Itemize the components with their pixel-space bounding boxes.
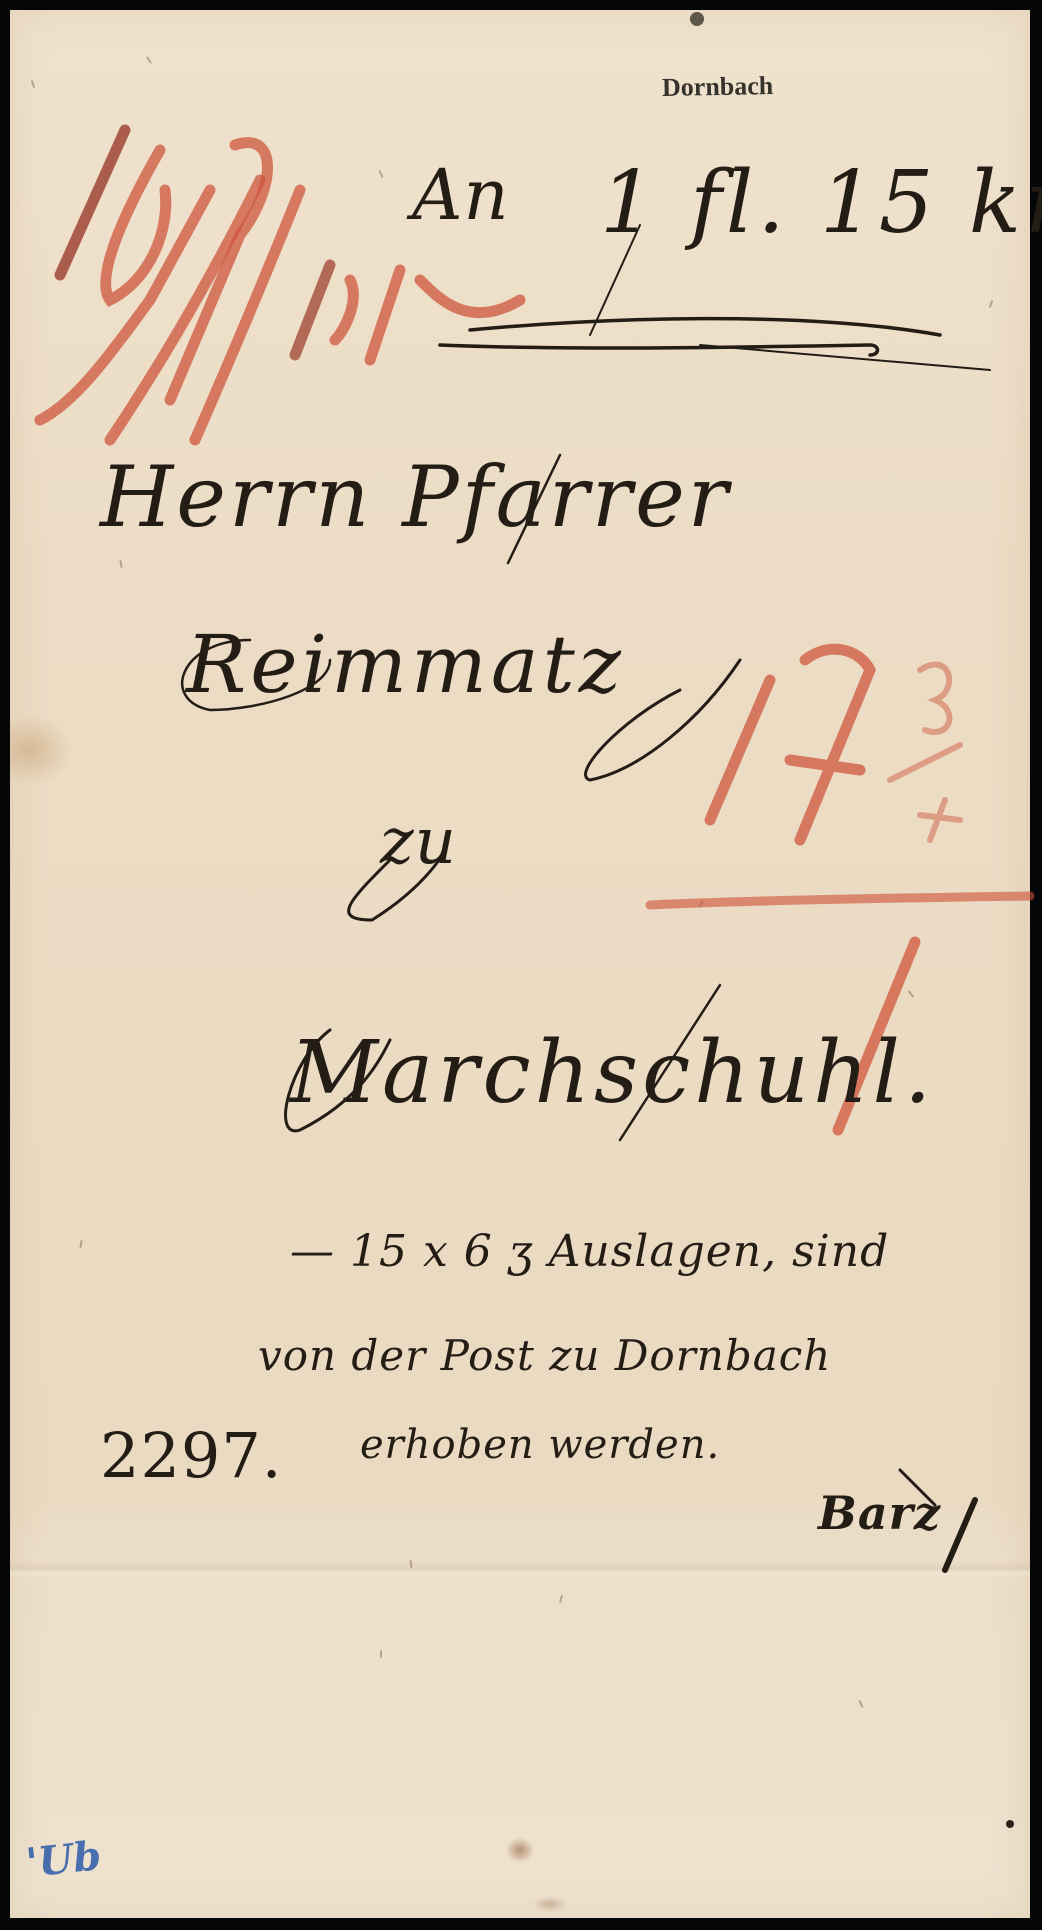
postmark-dornbach: Dornbach (662, 71, 774, 103)
note-line-1: — 15 x 6 ʒ Auslagen, sind (290, 1230, 889, 1274)
paper-speck (380, 1650, 382, 1658)
blue-corner-mark: 'Ub (24, 1832, 104, 1887)
note-reference-number: 2297. (100, 1425, 283, 1487)
note-line-2: von der Post zu Dornbach (258, 1335, 831, 1377)
address-salutation: Herrn Pfarrer (100, 455, 731, 539)
signature: Barz (818, 1490, 941, 1536)
ink-dot (1006, 1820, 1014, 1828)
ink-blot (690, 12, 704, 26)
fee-prefix: An (412, 160, 510, 230)
address-name: Reimmatz (186, 625, 625, 705)
note-line-3: erhoben werden. (360, 1425, 720, 1465)
fee-amount: 1 fl. 15 kr.! (600, 160, 1042, 246)
paper-fold-line (10, 1560, 1030, 1578)
address-preposition: zu (380, 810, 457, 874)
address-place: Marchschuhl. (290, 1030, 935, 1116)
